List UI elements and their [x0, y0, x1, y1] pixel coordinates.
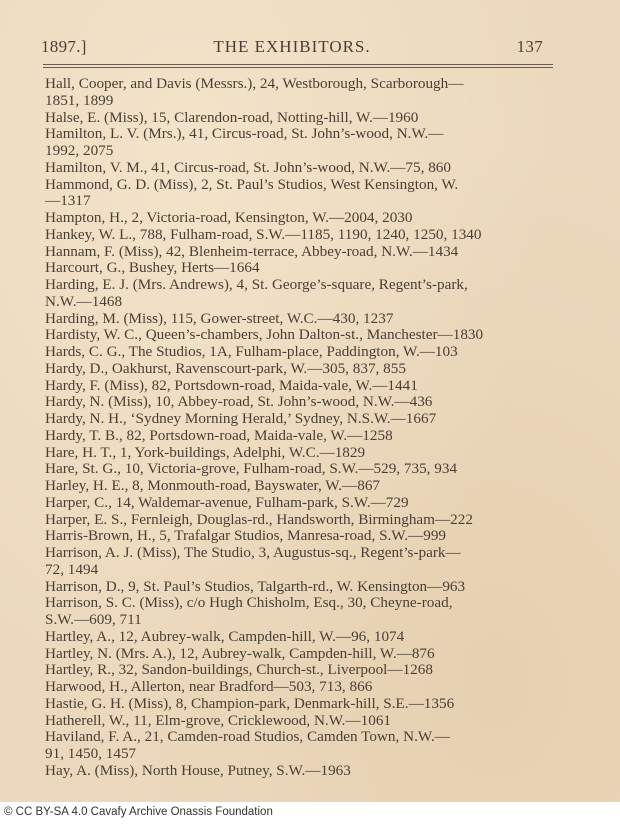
header-rule-bottom — [43, 67, 553, 68]
entry-continuation: N.W.—1468 — [63, 294, 565, 311]
exhibitor-entry: Hards, C. G., The Studios, 1A, Fulham-pl… — [45, 344, 565, 361]
entry-line: Hardy, N. (Miss), 10, Abbey-road, St. Jo… — [63, 394, 565, 411]
entry-line: Hannam, F. (Miss), 42, Blenheim-terrace,… — [63, 244, 565, 261]
exhibitor-entry: Hardy, F. (Miss), 82, Portsdown-road, Ma… — [45, 378, 565, 395]
entry-continuation: S.W.—609, 711 — [63, 612, 565, 629]
book-page: 1897.] THE EXHIBITORS. 137 Hall, Cooper,… — [0, 0, 620, 802]
exhibitor-entry: Hartley, A., 12, Aubrey-walk, Campden-hi… — [45, 629, 565, 646]
exhibitor-entry: Hare, St. G., 10, Victoria-grove, Fulham… — [45, 461, 565, 478]
exhibitor-entry: Hartley, R., 32, Sandon-buildings, Churc… — [45, 662, 565, 679]
entry-line: Hardy, T. B., 82, Portsdown-road, Maida-… — [63, 428, 565, 445]
entry-line: Harrison, D., 9, St. Paul’s Studios, Tal… — [63, 579, 565, 596]
entry-continuation: 1992, 2075 — [63, 143, 565, 160]
exhibitor-entry: Harding, M. (Miss), 115, Gower-street, W… — [45, 311, 565, 328]
entry-line: Haviland, F. A., 21, Camden-road Studios… — [63, 729, 565, 746]
entry-line: Hamilton, L. V. (Mrs.), 41, Circus-road,… — [63, 126, 565, 143]
exhibitor-entry: Harper, C., 14, Waldemar-avenue, Fulham-… — [45, 495, 565, 512]
entry-line: Harrison, S. C. (Miss), c/o Hugh Chishol… — [63, 595, 565, 612]
exhibitor-entry: Halse, E. (Miss), 15, Clarendon-road, No… — [45, 110, 565, 127]
exhibitor-entry: Hammond, G. D. (Miss), 2, St. Paul’s Stu… — [45, 177, 565, 211]
exhibitor-entry: Hardisty, W. C., Queen’s-chambers, John … — [45, 327, 565, 344]
entry-line: Hamilton, V. M., 41, Circus-road, St. Jo… — [63, 160, 565, 177]
page-title: THE EXHIBITORS. — [41, 37, 543, 57]
exhibitor-entry: Haviland, F. A., 21, Camden-road Studios… — [45, 729, 565, 763]
exhibitor-entry: Harley, H. E., 8, Monmouth-road, Bayswat… — [45, 478, 565, 495]
entry-line: Hastie, G. H. (Miss), 8, Champion-park, … — [63, 696, 565, 713]
entry-line: Harrison, A. J. (Miss), The Studio, 3, A… — [63, 545, 565, 562]
entry-line: Harris-Brown, H., 5, Trafalgar Studios, … — [63, 528, 565, 545]
running-head: 1897.] THE EXHIBITORS. 137 — [41, 33, 543, 59]
exhibitor-list: Hall, Cooper, and Davis (Messrs.), 24, W… — [45, 76, 565, 780]
exhibitor-entry: Hall, Cooper, and Davis (Messrs.), 24, W… — [45, 76, 565, 110]
exhibitor-entry: Harris-Brown, H., 5, Trafalgar Studios, … — [45, 528, 565, 545]
entry-continuation: 1851, 1899 — [63, 93, 565, 110]
exhibitor-entry: Harwood, H., Allerton, near Bradford—503… — [45, 679, 565, 696]
page-number: 137 — [517, 37, 543, 57]
entry-line: Hare, St. G., 10, Victoria-grove, Fulham… — [63, 461, 565, 478]
entry-line: Hardy, N. H., ‘Sydney Morning Herald,’ S… — [63, 411, 565, 428]
exhibitor-entry: Harper, E. S., Fernleigh, Douglas-rd., H… — [45, 512, 565, 529]
entry-line: Halse, E. (Miss), 15, Clarendon-road, No… — [63, 110, 565, 127]
entry-line: Hardisty, W. C., Queen’s-chambers, John … — [63, 327, 565, 344]
entry-line: Harper, E. S., Fernleigh, Douglas-rd., H… — [63, 512, 565, 529]
entry-line: Hay, A. (Miss), North House, Putney, S.W… — [63, 763, 565, 780]
entry-line: Harley, H. E., 8, Monmouth-road, Bayswat… — [63, 478, 565, 495]
entry-line: Hardy, F. (Miss), 82, Portsdown-road, Ma… — [63, 378, 565, 395]
license-credit: © CC BY-SA 4.0 Cavafy Archive Onassis Fo… — [4, 806, 273, 818]
entry-line: Harding, M. (Miss), 115, Gower-street, W… — [63, 311, 565, 328]
entry-line: Hampton, H., 2, Victoria-road, Kensingto… — [63, 210, 565, 227]
exhibitor-entry: Harcourt, G., Bushey, Herts—1664 — [45, 260, 565, 277]
entry-continuation: 91, 1450, 1457 — [63, 746, 565, 763]
entry-line: Hardy, D., Oakhurst, Ravenscourt-park, W… — [63, 361, 565, 378]
entry-continuation: —1317 — [63, 193, 565, 210]
entry-line: Hatherell, W., 11, Elm-grove, Cricklewoo… — [63, 713, 565, 730]
exhibitor-entry: Harrison, D., 9, St. Paul’s Studios, Tal… — [45, 579, 565, 596]
exhibitor-entry: Hannam, F. (Miss), 42, Blenheim-terrace,… — [45, 244, 565, 261]
exhibitor-entry: Hay, A. (Miss), North House, Putney, S.W… — [45, 763, 565, 780]
exhibitor-entry: Harrison, A. J. (Miss), The Studio, 3, A… — [45, 545, 565, 579]
entry-line: Hartley, R., 32, Sandon-buildings, Churc… — [63, 662, 565, 679]
exhibitor-entry: Hamilton, L. V. (Mrs.), 41, Circus-road,… — [45, 126, 565, 160]
exhibitor-entry: Hardy, N. H., ‘Sydney Morning Herald,’ S… — [45, 411, 565, 428]
exhibitor-entry: Hardy, T. B., 82, Portsdown-road, Maida-… — [45, 428, 565, 445]
exhibitor-entry: Hare, H. T., 1, York-buildings, Adelphi,… — [45, 445, 565, 462]
header-rule-top — [43, 64, 553, 65]
entry-line: Hards, C. G., The Studios, 1A, Fulham-pl… — [63, 344, 565, 361]
exhibitor-entry: Hampton, H., 2, Victoria-road, Kensingto… — [45, 210, 565, 227]
exhibitor-entry: Hartley, N. (Mrs. A.), 12, Aubrey-walk, … — [45, 646, 565, 663]
entry-line: Hankey, W. L., 788, Fulham-road, S.W.—11… — [63, 227, 565, 244]
entry-line: Harwood, H., Allerton, near Bradford—503… — [63, 679, 565, 696]
entry-line: Harcourt, G., Bushey, Herts—1664 — [63, 260, 565, 277]
entry-line: Hartley, N. (Mrs. A.), 12, Aubrey-walk, … — [63, 646, 565, 663]
exhibitor-entry: Harding, E. J. (Mrs. Andrews), 4, St. Ge… — [45, 277, 565, 311]
entry-continuation: 72, 1494 — [63, 562, 565, 579]
exhibitor-entry: Hamilton, V. M., 41, Circus-road, St. Jo… — [45, 160, 565, 177]
entry-line: Harding, E. J. (Mrs. Andrews), 4, St. Ge… — [63, 277, 565, 294]
entry-line: Hare, H. T., 1, York-buildings, Adelphi,… — [63, 445, 565, 462]
exhibitor-entry: Hatherell, W., 11, Elm-grove, Cricklewoo… — [45, 713, 565, 730]
exhibitor-entry: Hastie, G. H. (Miss), 8, Champion-park, … — [45, 696, 565, 713]
exhibitor-entry: Hankey, W. L., 788, Fulham-road, S.W.—11… — [45, 227, 565, 244]
entry-line: Hall, Cooper, and Davis (Messrs.), 24, W… — [63, 76, 565, 93]
entry-line: Harper, C., 14, Waldemar-avenue, Fulham-… — [63, 495, 565, 512]
exhibitor-entry: Hardy, D., Oakhurst, Ravenscourt-park, W… — [45, 361, 565, 378]
exhibitor-entry: Harrison, S. C. (Miss), c/o Hugh Chishol… — [45, 595, 565, 629]
exhibitor-entry: Hardy, N. (Miss), 10, Abbey-road, St. Jo… — [45, 394, 565, 411]
entry-line: Hartley, A., 12, Aubrey-walk, Campden-hi… — [63, 629, 565, 646]
entry-line: Hammond, G. D. (Miss), 2, St. Paul’s Stu… — [63, 177, 565, 194]
